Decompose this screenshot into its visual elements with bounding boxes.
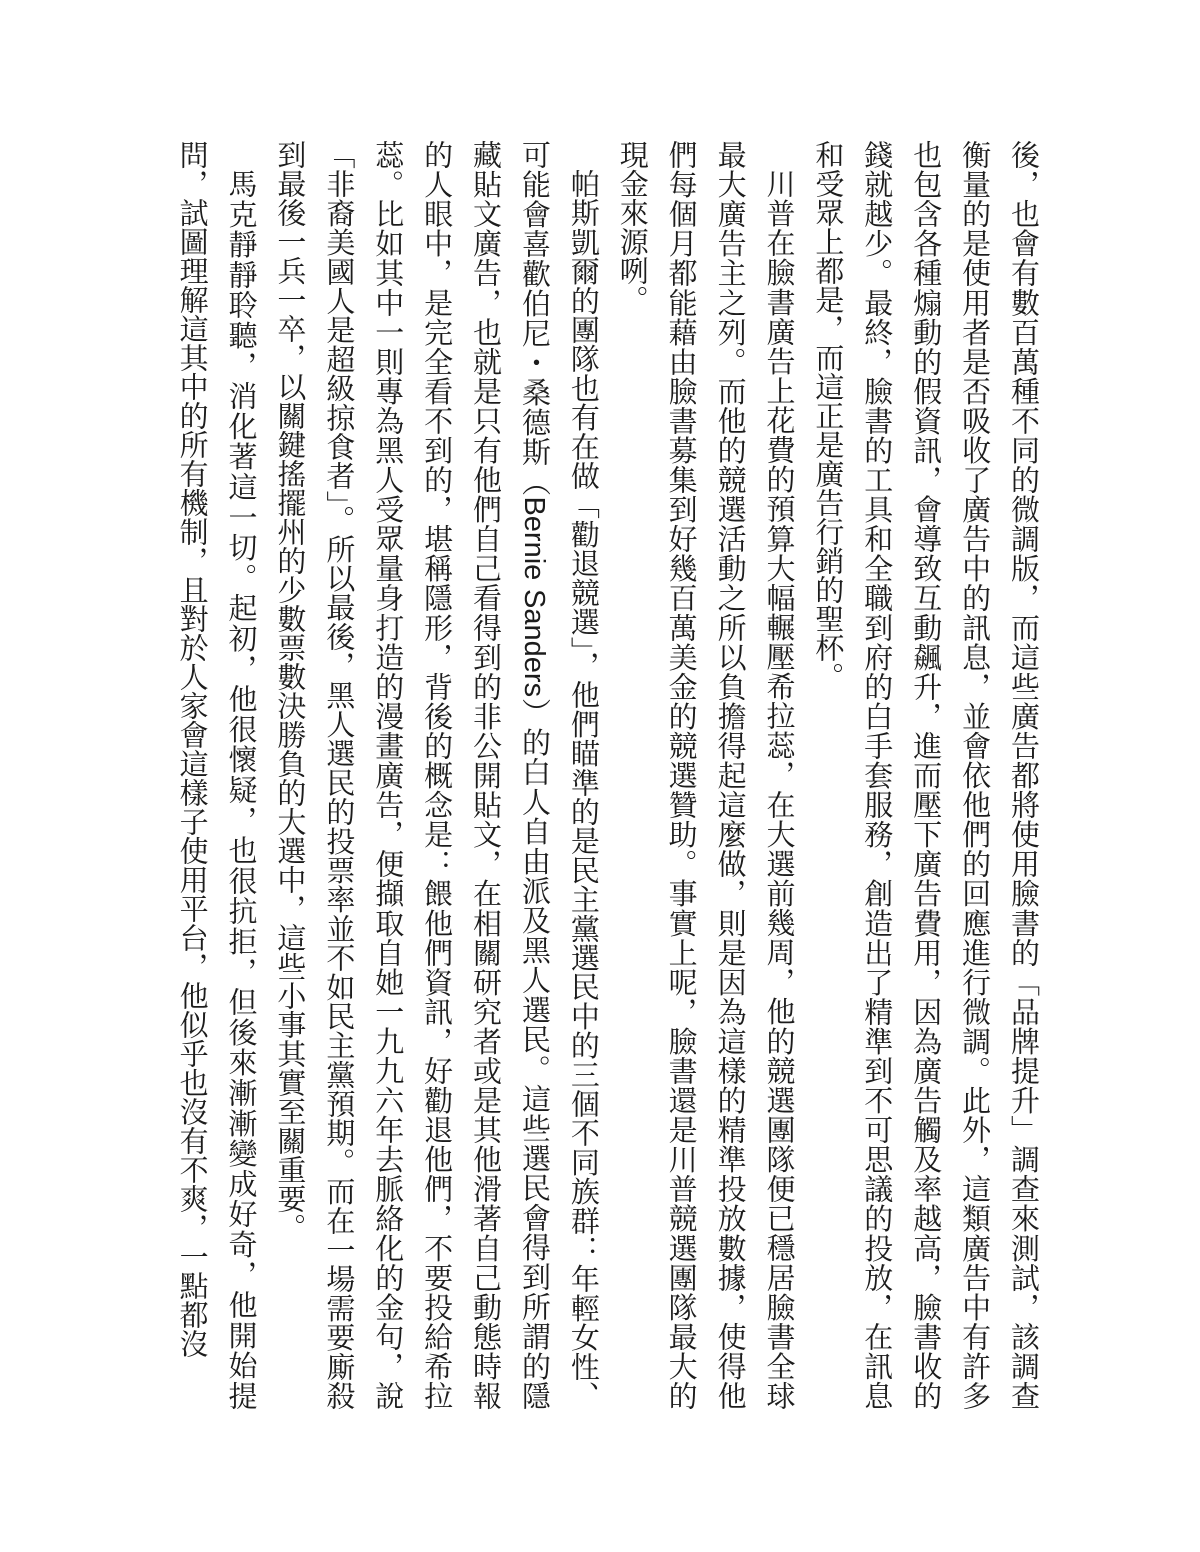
paragraph-mark-listening: 馬克靜靜聆聽，消化著這一切。起初，他很懷疑，也很抗拒，但後來漸漸變成好奇，他開始… [167, 140, 265, 1410]
page-text-area: 後，也會有數百萬種不同的微調版，而這些廣告都將使用臉書的「品牌提升」調查來測試，… [163, 140, 1047, 1410]
vertical-text-block: 後，也會有數百萬種不同的微調版，而這些廣告都將使用臉書的「品牌提升」調查來測試，… [163, 140, 1047, 1410]
paragraph-continuation: 後，也會有數百萬種不同的微調版，而這些廣告都將使用臉書的「品牌提升」調查來測試，… [802, 140, 1047, 1410]
book-page: { "page": { "background_color": "#ffffff… [0, 0, 1200, 1552]
paragraph-voter-suppression: 帕斯凱爾的團隊也有在做「勸退競選」，他們瞄準的是民主黨選民中的三個不同族群：年輕… [265, 140, 607, 1410]
paragraph-trump-ad-spend: 川普在臉書廣告上花費的預算大幅輾壓希拉蕊，在大選前幾周，他的競選團隊便已穩居臉書… [607, 140, 803, 1410]
